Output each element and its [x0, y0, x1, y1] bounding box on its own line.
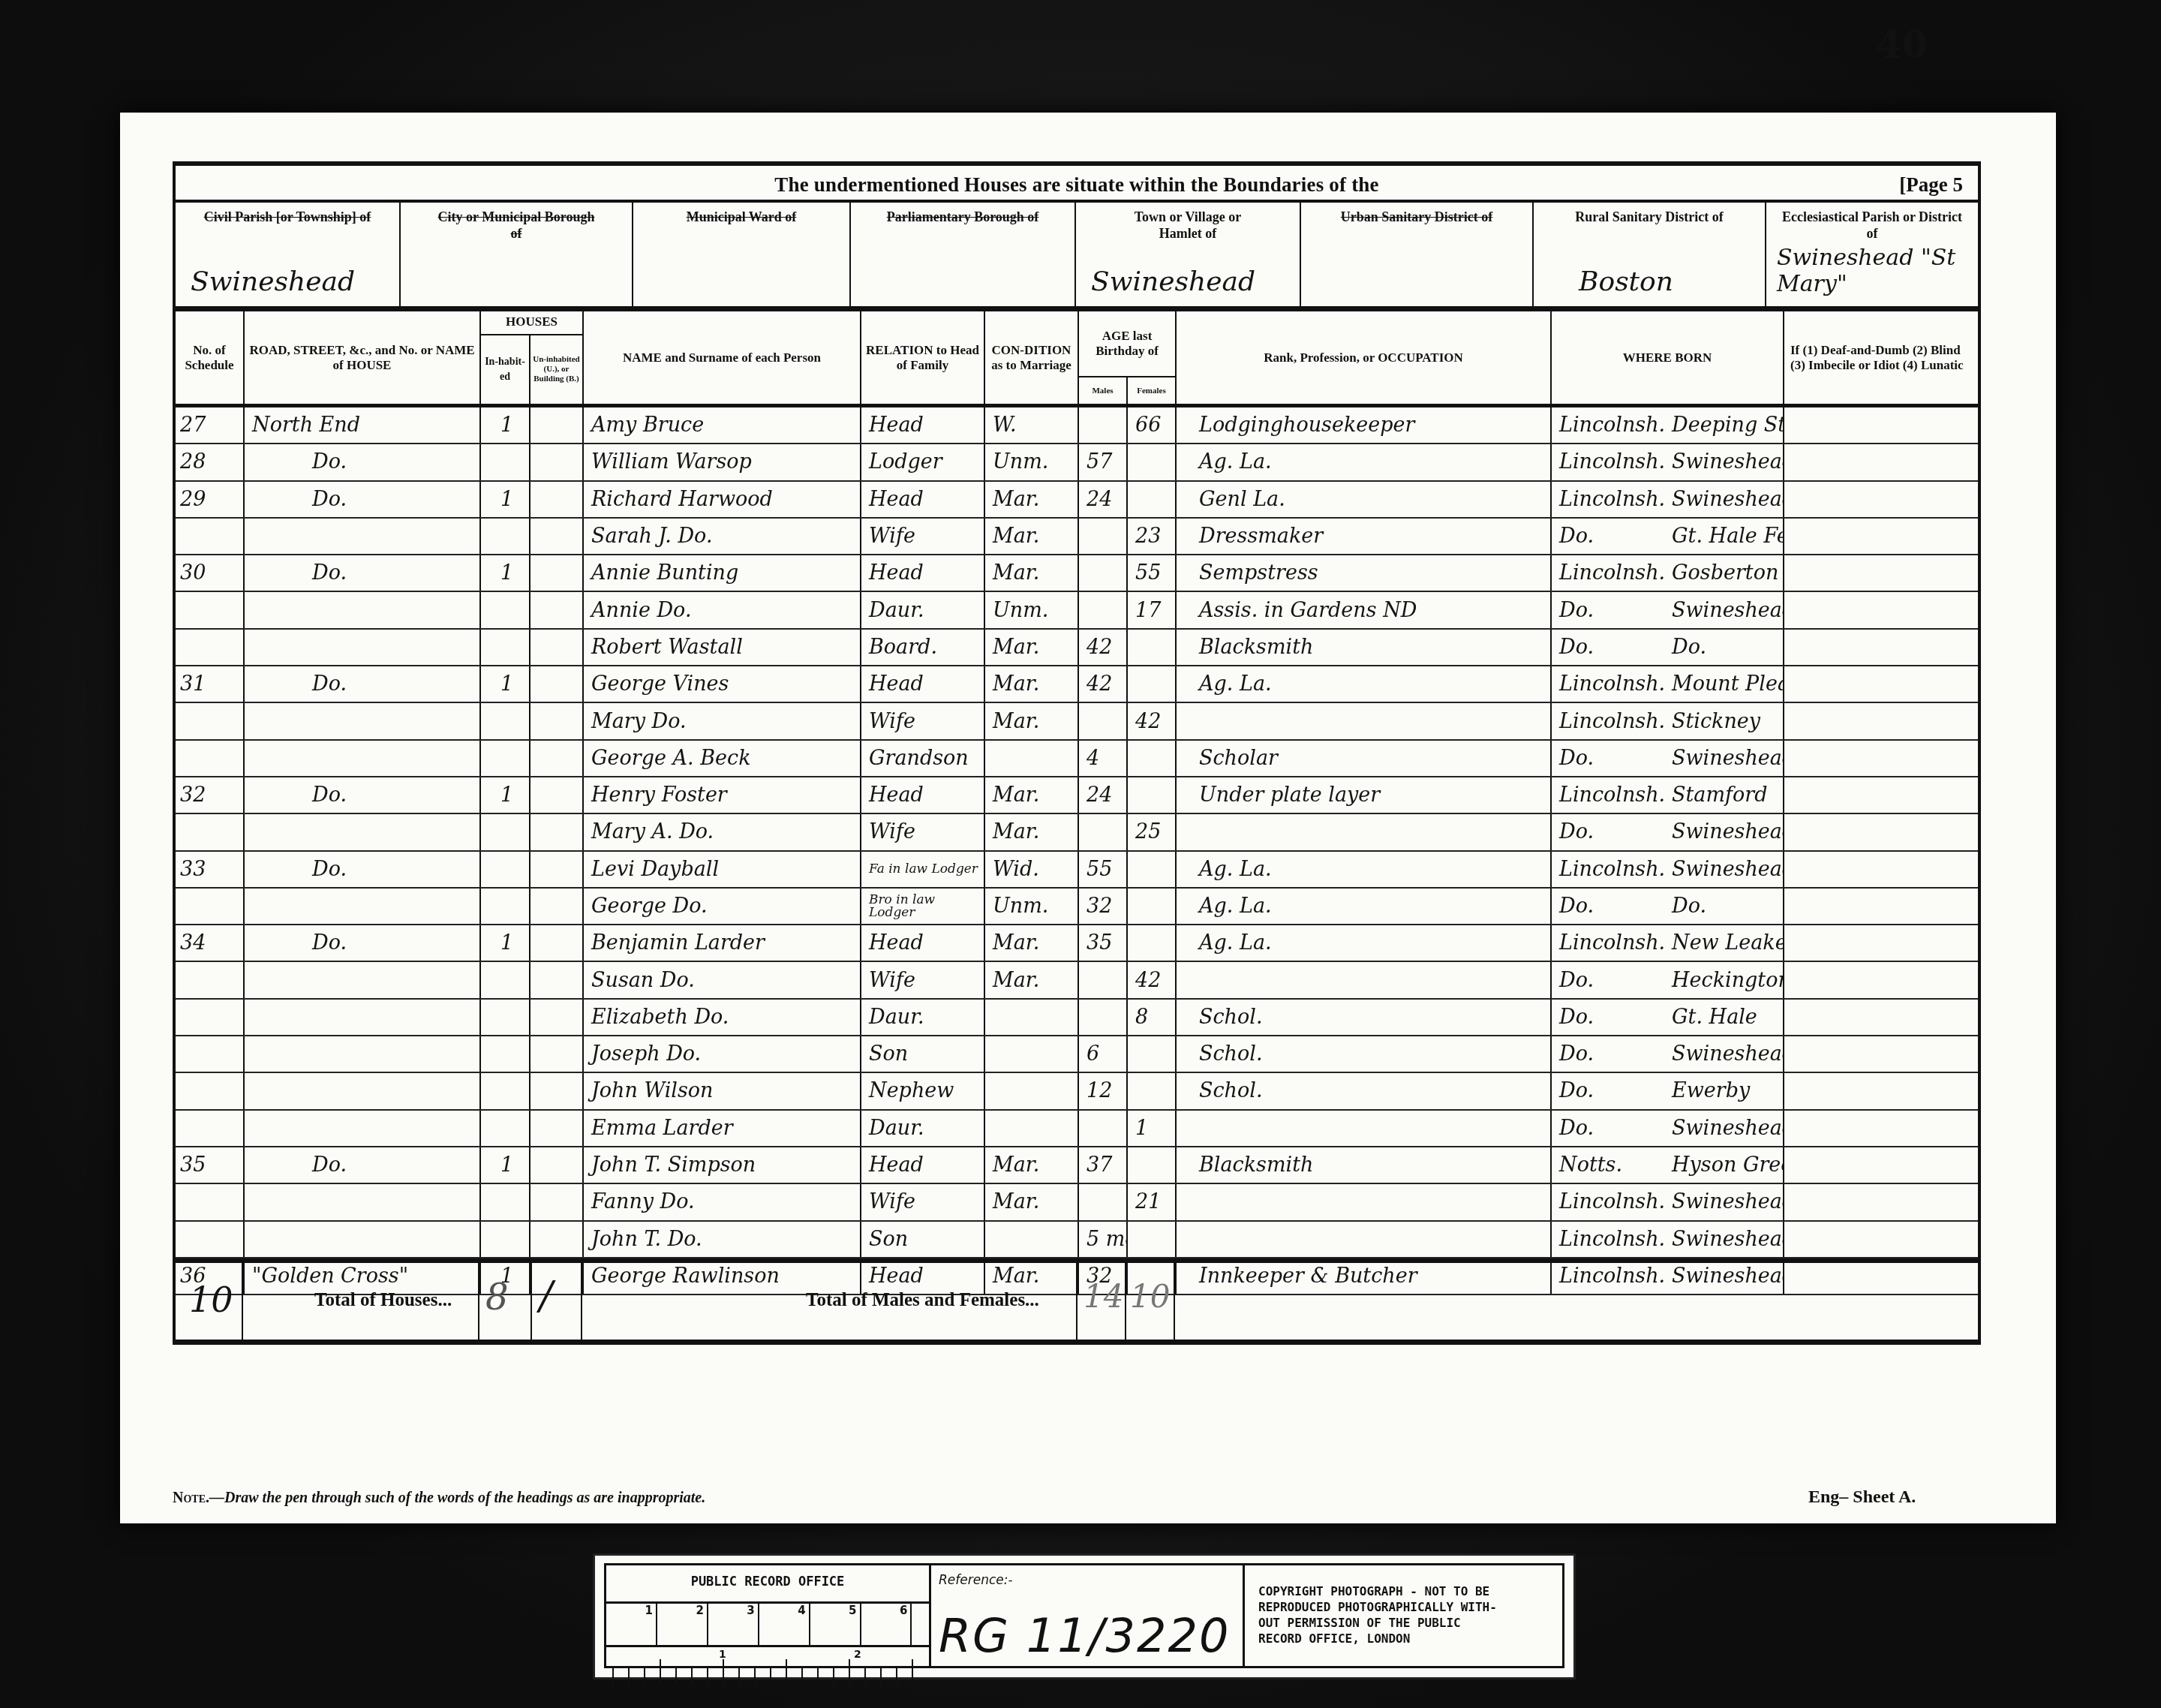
cell-text: 32: [176, 783, 206, 807]
cell-text: Lodger: [861, 450, 942, 474]
cell-female-age: [1128, 1036, 1177, 1072]
cell-relation: Head: [861, 407, 985, 443]
cell-text: Do.: [1552, 599, 1594, 622]
cell-uninhabited: [530, 482, 584, 517]
cell-occupation: Ag. La.: [1177, 444, 1552, 480]
cell-occupation: Blacksmith: [1177, 1147, 1552, 1183]
cell-text: 1: [481, 561, 513, 585]
cell-occupation: [1177, 962, 1552, 997]
cell-condition: Mar.: [985, 1184, 1079, 1219]
cell-female-age: [1128, 925, 1177, 961]
cell-occupation: Assis. in Gardens ND: [1177, 592, 1552, 627]
cell-text: Susan Do.: [584, 969, 695, 992]
cell-text: 6: [1079, 1042, 1099, 1066]
census-sheet: The undermentioned Houses are situate wi…: [120, 113, 2056, 1523]
cell-text: Mar.: [985, 931, 1039, 955]
cell-born-county: Lincolnsh.: [1552, 852, 1664, 887]
cell-relation: Head: [861, 925, 985, 961]
cell-text: Joseph Do.: [584, 1042, 701, 1066]
boundary-parliamentary-borough: Parliamentary Borough of: [851, 203, 1076, 306]
cell-born-place: Stickney: [1664, 703, 1784, 738]
cell-schedule: [176, 1111, 245, 1146]
cell-text: Swineshead: [1664, 747, 1784, 770]
cell-uninhabited: [530, 1184, 584, 1219]
cell-born-place: Swineshead: [1664, 1111, 1784, 1146]
cell-text: Swineshead: [1664, 1117, 1784, 1140]
cell-text: 24: [1079, 488, 1112, 511]
cell-relation: Son: [861, 1222, 985, 1257]
cell-relation: Daur.: [861, 592, 985, 627]
cell-text: Swineshead: [1664, 1042, 1784, 1066]
cell-infirmity: [1784, 962, 1978, 997]
cell-text: Daur.: [861, 1117, 924, 1140]
cell-schedule: 35: [176, 1147, 245, 1183]
cell-schedule: [176, 962, 245, 997]
table-row: Fanny Do.WifeMar.21Lincolnsh.Swineshead: [176, 1184, 1978, 1221]
cell-schedule: 31: [176, 666, 245, 702]
cell-inhabited: 1: [481, 666, 530, 702]
ruler-tick-mark: [817, 1668, 819, 1685]
cell-text: 31: [176, 672, 206, 696]
cell-name: Susan Do.: [584, 962, 861, 997]
cell-condition: Mar.: [985, 814, 1079, 849]
cell-condition: Wid.: [985, 852, 1079, 887]
cell-condition: Mar.: [985, 630, 1079, 665]
cell-text: Mar.: [985, 1190, 1039, 1213]
boundary-label: Municipal Ward of: [633, 203, 849, 225]
cell-text: Mar.: [985, 672, 1039, 696]
cell-relation: Wife: [861, 1184, 985, 1219]
cell-infirmity: [1784, 444, 1978, 480]
cell-born-county: Do.: [1552, 741, 1664, 776]
cell-text: Mar.: [985, 525, 1039, 548]
cell-name: John T. Do.: [584, 1222, 861, 1257]
table-row: Emma LarderDaur.1Do.Swineshead: [176, 1111, 1978, 1147]
cell-text: Lodginghousekeeper: [1177, 413, 1414, 437]
total-houses-uninhabited: /: [539, 1273, 553, 1319]
ruler-tick: 6: [861, 1604, 912, 1645]
cell-female-age: [1128, 1073, 1177, 1108]
cell-occupation: Ag. La.: [1177, 666, 1552, 702]
cell-female-age: 66: [1128, 407, 1177, 443]
cell-infirmity: [1784, 1073, 1978, 1108]
cell-text: Do.: [245, 561, 347, 585]
ruler-scale-inch: 1 2: [606, 1647, 929, 1685]
cell-born-county: Lincolnsh.: [1552, 703, 1664, 738]
table-row: 32Do.1Henry FosterHeadMar.24Under plate …: [176, 777, 1978, 814]
cell-text: 17: [1128, 599, 1161, 622]
cell-born-place: New Leake: [1664, 925, 1784, 961]
record-office-title: PUBLIC RECORD OFFICE: [606, 1565, 929, 1604]
cell-female-age: [1128, 482, 1177, 517]
cell-text: Do.: [1552, 1117, 1594, 1140]
cell-male-age: 42: [1079, 630, 1128, 665]
cell-male-age: [1079, 592, 1128, 627]
cell-relation: Head: [861, 1147, 985, 1183]
cell-relation: Nephew: [861, 1073, 985, 1108]
ruler-tick: 3: [708, 1604, 759, 1645]
cell-text: Do.: [1552, 1006, 1594, 1029]
cell-text: Ag. La.: [1177, 895, 1272, 918]
cell-text: Do.: [245, 858, 347, 881]
cell-text: Do.: [245, 783, 347, 807]
table-row: Elizabeth Do.Daur.8Schol.Do.Gt. Hale: [176, 1000, 1978, 1036]
cell-text: Mar.: [985, 561, 1039, 585]
cell-infirmity: [1784, 592, 1978, 627]
cell-condition: Mar.: [985, 703, 1079, 738]
cell-text: 42: [1128, 710, 1161, 733]
cell-text: Lincolnsh.: [1552, 858, 1664, 881]
cell-name: Levi Dayball: [584, 852, 861, 887]
cell-uninhabited: [530, 814, 584, 849]
cell-text: Lincolnsh.: [1552, 1228, 1664, 1251]
cell-condition: Mar.: [985, 1147, 1079, 1183]
cell-name: Mary A. Do.: [584, 814, 861, 849]
cell-text: Stamford: [1664, 783, 1768, 807]
cell-text: Blacksmith: [1177, 636, 1313, 659]
cell-relation: Daur.: [861, 1000, 985, 1035]
col-infirmity: If (1) Deaf-and-Dumb (2) Blind (3) Imbec…: [1784, 311, 1978, 404]
cell-infirmity: [1784, 741, 1978, 776]
cell-uninhabited: [530, 1111, 584, 1146]
cell-female-age: 42: [1128, 703, 1177, 738]
cell-text: Lincolnsh.: [1552, 561, 1664, 585]
cell-born-place: Gt. Hale: [1664, 1000, 1784, 1035]
ruler-tick-mark: [912, 1659, 913, 1685]
cell-schedule: 30: [176, 555, 245, 591]
boundary-value: Swineshead: [1091, 266, 1255, 297]
cell-male-age: 24: [1079, 482, 1128, 517]
cell-schedule: 28: [176, 444, 245, 480]
cell-relation: Head: [861, 482, 985, 517]
cell-occupation: Dressmaker: [1177, 519, 1552, 554]
reference-label: Reference:-: [939, 1573, 1013, 1588]
cell-text: Wife: [861, 1190, 915, 1213]
boundary-label: Ecclesiastical Parish or District of: [1766, 203, 1978, 242]
cell-road: Do.: [245, 444, 481, 480]
cell-infirmity: [1784, 1036, 1978, 1072]
cell-condition: Mar.: [985, 962, 1079, 997]
cell-condition: Mar.: [985, 519, 1079, 554]
boundary-label: Rural Sanitary District of: [1534, 203, 1765, 225]
cell-text: Do.: [1552, 525, 1594, 548]
cell-female-age: 55: [1128, 555, 1177, 591]
cell-road: North End: [245, 407, 481, 443]
col-females: Females: [1128, 377, 1177, 404]
table-row: George A. BeckGrandson4ScholarDo.Swinesh…: [176, 741, 1978, 777]
cell-condition: Mar.: [985, 777, 1079, 813]
cell-road: Do.: [245, 666, 481, 702]
cell-road: [245, 630, 481, 665]
cell-road: Do.: [245, 482, 481, 517]
table-row: Mary Do.WifeMar.42Lincolnsh.Stickney: [176, 703, 1978, 740]
cell-infirmity: [1784, 777, 1978, 813]
cell-condition: Mar.: [985, 666, 1079, 702]
cell-text: Assis. in Gardens ND: [1177, 599, 1417, 622]
col-uninhabited: Un-inhabited (U.), or Building (B.): [530, 335, 584, 404]
cell-infirmity: [1784, 482, 1978, 517]
col-age: AGE last Birthday of: [1079, 311, 1177, 377]
table-row: 34Do.1Benjamin LarderHeadMar.35Ag. La.Li…: [176, 925, 1978, 962]
cell-road: [245, 814, 481, 849]
cell-text: Fa in law Lodger: [861, 863, 978, 876]
cell-name: Annie Bunting: [584, 555, 861, 591]
cell-text: 5 mo.: [1079, 1228, 1128, 1251]
cell-born-county: Lincolnsh.: [1552, 407, 1664, 443]
cell-inhabited: [481, 1111, 530, 1146]
cell-text: 33: [176, 858, 206, 881]
cell-born-county: Do.: [1552, 592, 1664, 627]
cell-text: 35: [1079, 931, 1112, 955]
cell-text: Lincolnsh.: [1552, 413, 1664, 437]
cell-uninhabited: [530, 703, 584, 738]
cell-text: 42: [1128, 969, 1161, 992]
cell-schedule: [176, 1184, 245, 1219]
cell-female-age: 17: [1128, 592, 1177, 627]
boundaries-row: Civil Parish [or Township] of Swineshead…: [173, 203, 1981, 311]
cell-text: Lincolnsh.: [1552, 672, 1664, 696]
cell-text: 1: [1128, 1117, 1148, 1140]
cell-occupation: Blacksmith: [1177, 630, 1552, 665]
cell-inhabited: 1: [481, 925, 530, 961]
cell-born-county: Do.: [1552, 814, 1664, 849]
cell-name: George Vines: [584, 666, 861, 702]
cell-text: Ag. La.: [1177, 450, 1272, 474]
cell-text: 32: [1079, 895, 1112, 918]
cell-occupation: Scholar: [1177, 741, 1552, 776]
cell-born-place: Swineshead: [1664, 852, 1784, 887]
cell-born-county: Do.: [1552, 1111, 1664, 1146]
cell-condition: [985, 1222, 1079, 1257]
boundary-label: Parliamentary Borough of: [851, 203, 1074, 225]
cell-text: Do.: [1552, 636, 1594, 659]
cell-uninhabited: [530, 519, 584, 554]
cell-uninhabited: [530, 889, 584, 924]
cell-inhabited: [481, 1073, 530, 1108]
cell-text: Grandson: [861, 747, 969, 770]
cell-text: Stickney: [1664, 710, 1760, 733]
cell-text: Do.: [245, 1153, 347, 1177]
cell-name: George Do.: [584, 889, 861, 924]
cell-male-age: 55: [1079, 852, 1128, 887]
cell-condition: Mar.: [985, 482, 1079, 517]
cell-text: Elizabeth Do.: [584, 1006, 729, 1029]
total-persons-label: Total of Males and Females...: [806, 1290, 1039, 1311]
cell-road: Do.: [245, 852, 481, 887]
cell-born-county: Do.: [1552, 962, 1664, 997]
ruler-tick-mark: [770, 1668, 771, 1685]
cell-text: Do.: [1664, 895, 1706, 918]
cell-text: Board.: [861, 636, 937, 659]
cell-road: [245, 1073, 481, 1108]
cell-name: Robert Wastall: [584, 630, 861, 665]
cell-text: Lincolnsh.: [1552, 450, 1664, 474]
col-males: Males: [1079, 377, 1128, 404]
cell-road: [245, 741, 481, 776]
cell-uninhabited: [530, 777, 584, 813]
cell-infirmity: [1784, 814, 1978, 849]
cell-text: Daur.: [861, 599, 924, 622]
cell-inhabited: [481, 1184, 530, 1219]
cell-text: Head: [861, 931, 924, 955]
cell-text: Ag. La.: [1177, 672, 1272, 696]
cell-born-county: Lincolnsh.: [1552, 482, 1664, 517]
cell-born-place: Gt. Hale Fen: [1664, 519, 1784, 554]
boundary-value: Swineshead "St Mary": [1777, 245, 1978, 297]
cell-text: Mar.: [985, 488, 1039, 511]
cell-text: Mar.: [985, 969, 1039, 992]
cell-text: Wife: [861, 969, 915, 992]
cell-female-age: 8: [1128, 1000, 1177, 1035]
cell-road: Do.: [245, 925, 481, 961]
cell-text: W.: [985, 413, 1017, 437]
cell-road: [245, 519, 481, 554]
cell-occupation: [1177, 1184, 1552, 1219]
cell-name: Benjamin Larder: [584, 925, 861, 961]
cell-text: 27: [176, 413, 206, 437]
cell-text: Swineshead: [1664, 858, 1784, 881]
cell-inhabited: [481, 889, 530, 924]
cell-occupation: [1177, 814, 1552, 849]
ruler-scale-cm: 1 2 3 4 5 6: [606, 1604, 929, 1647]
cell-road: [245, 962, 481, 997]
cell-text: 1: [481, 931, 513, 955]
note-prefix: Note.: [173, 1490, 209, 1506]
cell-condition: [985, 1073, 1079, 1108]
cell-text: 1: [481, 488, 513, 511]
cell-female-age: 23: [1128, 519, 1177, 554]
census-rows: 27North End1Amy BruceHeadW.66Lodginghous…: [173, 407, 1981, 1295]
cell-occupation: [1177, 703, 1552, 738]
ruler-tick-mark: [628, 1668, 630, 1685]
cell-male-age: 4: [1079, 741, 1128, 776]
ruler-tick-mark: [801, 1668, 803, 1685]
cell-male-age: [1079, 1111, 1128, 1146]
ruler-tick-mark: [738, 1668, 740, 1685]
cell-text: Head: [861, 488, 924, 511]
cell-road: Do.: [245, 1147, 481, 1183]
cell-inhabited: [481, 592, 530, 627]
cell-text: Son: [861, 1228, 908, 1251]
cell-road: [245, 1184, 481, 1219]
cell-text: Swineshead: [1664, 820, 1784, 843]
cell-name: Henry Foster: [584, 777, 861, 813]
cell-schedule: [176, 592, 245, 627]
cell-text: 4: [1079, 747, 1099, 770]
cell-relation: Wife: [861, 962, 985, 997]
total-females: 10: [1130, 1278, 1170, 1315]
sheet-label: Eng– Sheet A.: [1808, 1487, 1916, 1508]
cell-text: Sarah J. Do.: [584, 525, 712, 548]
cell-text: Annie Do.: [584, 599, 691, 622]
ruler-tick-mark: [833, 1668, 834, 1685]
ruler-tick-mark: [754, 1668, 756, 1685]
cell-text: Hyson Green: [1664, 1153, 1784, 1177]
cell-inhabited: [481, 852, 530, 887]
col-occupation: Rank, Profession, or OCCUPATION: [1177, 311, 1552, 404]
cell-born-place: Swineshead: [1664, 1222, 1784, 1257]
cell-born-place: Swineshead: [1664, 444, 1784, 480]
cell-condition: Unm.: [985, 889, 1079, 924]
cell-name: Mary Do.: [584, 703, 861, 738]
cell-text: Deeping St James: [1664, 413, 1784, 437]
cell-text: Schol.: [1177, 1006, 1262, 1029]
cell-born-county: Lincolnsh.: [1552, 925, 1664, 961]
cell-occupation: Schol.: [1177, 1036, 1552, 1072]
cell-inhabited: 1: [481, 777, 530, 813]
cell-inhabited: [481, 962, 530, 997]
ruler-tick-mark: [691, 1668, 693, 1685]
cell-name: Emma Larder: [584, 1111, 861, 1146]
table-row: Joseph Do.Son6Schol.Do.Swineshead: [176, 1036, 1978, 1073]
cell-text: 66: [1128, 413, 1161, 437]
cell-male-age: [1079, 1000, 1128, 1035]
cell-occupation: Ag. La.: [1177, 925, 1552, 961]
cell-inhabited: 1: [481, 555, 530, 591]
ruler-tick: 2: [657, 1604, 708, 1645]
cell-male-age: 12: [1079, 1073, 1128, 1108]
cell-female-age: [1128, 444, 1177, 480]
cell-schedule: [176, 519, 245, 554]
cell-female-age: 42: [1128, 962, 1177, 997]
table-row: Annie Do.Daur.Unm.17Assis. in Gardens ND…: [176, 592, 1978, 629]
cell-text: Do.: [245, 931, 347, 955]
cell-text: George A. Beck: [584, 747, 751, 770]
cell-schedule: [176, 889, 245, 924]
reference-value: RG 11/3220: [939, 1608, 1230, 1663]
cell-male-age: [1079, 1184, 1128, 1219]
cell-uninhabited: [530, 592, 584, 627]
cell-text: Mar.: [985, 820, 1039, 843]
cell-text: Ewerby: [1664, 1079, 1750, 1102]
cell-schedule: 29: [176, 482, 245, 517]
cell-text: Under plate layer: [1177, 783, 1380, 807]
cell-text: Mar.: [985, 636, 1039, 659]
cell-name: Elizabeth Do.: [584, 1000, 861, 1035]
cell-inhabited: 1: [481, 482, 530, 517]
totals-row: 10 Total of Houses... 8 / Total of Males…: [173, 1258, 1981, 1345]
cell-male-age: [1079, 814, 1128, 849]
boundary-label: Urban Sanitary District of: [1301, 203, 1532, 225]
cell-condition: Mar.: [985, 555, 1079, 591]
cell-road: [245, 592, 481, 627]
boundary-label: City or Municipal Borough of: [401, 203, 632, 242]
cell-male-age: 32: [1079, 889, 1128, 924]
table-row: Robert WastallBoard.Mar.42BlacksmithDo.D…: [176, 630, 1978, 666]
cell-uninhabited: [530, 407, 584, 443]
cell-schedule: [176, 630, 245, 665]
cell-male-age: 24: [1079, 777, 1128, 813]
cell-text: Levi Dayball: [584, 858, 719, 881]
cell-female-age: 1: [1128, 1111, 1177, 1146]
cell-male-age: [1079, 703, 1128, 738]
table-row: 31Do.1George VinesHeadMar.42Ag. La.Linco…: [176, 666, 1978, 703]
cell-text: Lincolnsh.: [1552, 710, 1664, 733]
cell-uninhabited: [530, 555, 584, 591]
cell-infirmity: [1784, 889, 1978, 924]
cell-text: John T. Do.: [584, 1228, 702, 1251]
cell-male-age: [1079, 519, 1128, 554]
cell-road: Do.: [245, 777, 481, 813]
cell-name: Sarah J. Do.: [584, 519, 861, 554]
cell-text: Mar.: [985, 710, 1039, 733]
col-houses: HOUSES: [481, 311, 584, 335]
cell-born-county: Do.: [1552, 630, 1664, 665]
cell-inhabited: [481, 1000, 530, 1035]
boundary-label: Civil Parish [or Township] of: [204, 209, 371, 224]
cell-text: 34: [176, 931, 206, 955]
cell-name: Fanny Do.: [584, 1184, 861, 1219]
